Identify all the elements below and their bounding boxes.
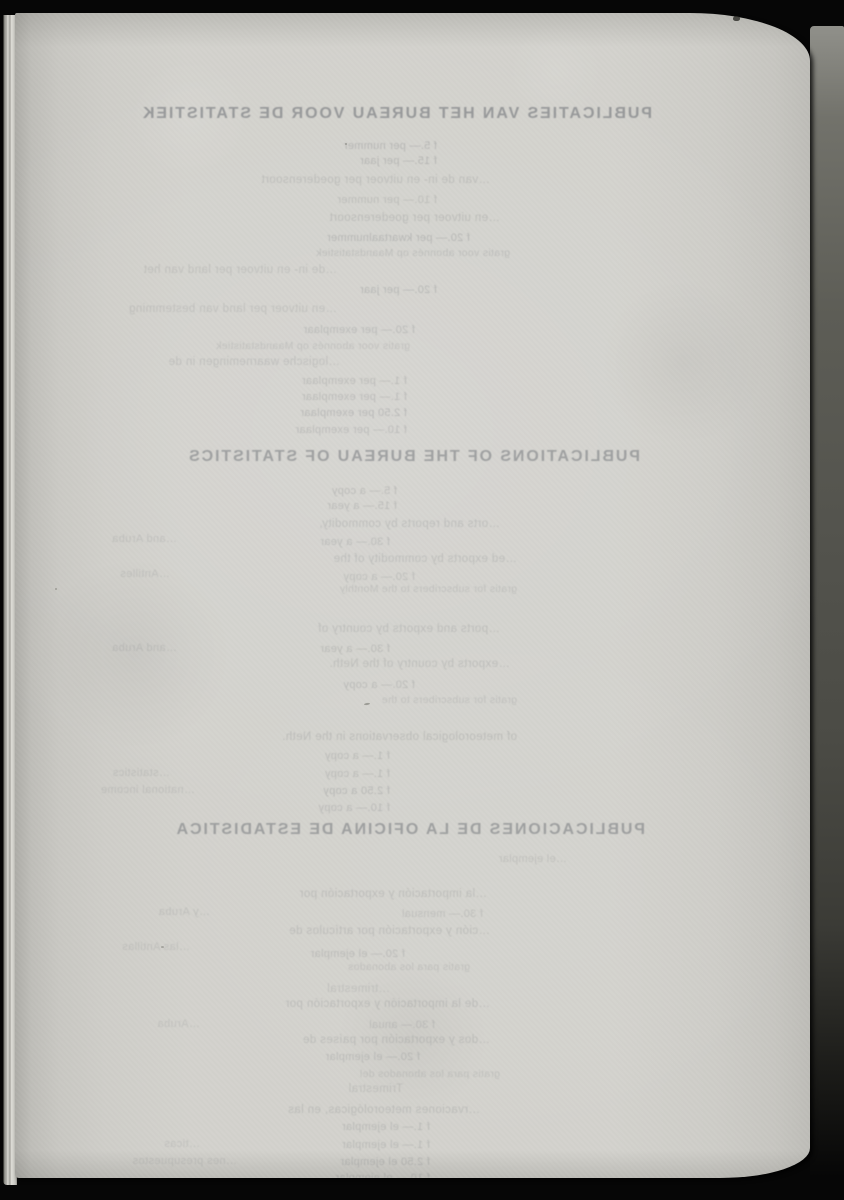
ghost-text-line: f 5.— a copy bbox=[332, 485, 397, 497]
ghost-text-line: gratis voor abonnés op Maandstatistiek bbox=[316, 247, 510, 259]
ghost-text-line: …en uitvoer per goederensoort bbox=[329, 212, 500, 224]
ghost-text-line: f 2.50 per exemplaar bbox=[300, 407, 407, 419]
ghost-text-line: f 20.— a copy bbox=[343, 679, 415, 691]
ghost-text-line: of meteorological observations in the Ne… bbox=[282, 731, 517, 743]
ghost-text-line: …nes presupuestos bbox=[132, 1155, 237, 1167]
ghost-text-line: f 20.— per kwartaalnummer bbox=[327, 232, 470, 244]
ghost-text-line: …el ejemplar bbox=[499, 853, 567, 865]
ghost-text-line: f 10.— a copy bbox=[318, 802, 390, 814]
ghost-text-line: f 1.— el ejemplar bbox=[342, 1139, 430, 1151]
ghost-text-line: …logische waarnemingen in de bbox=[168, 356, 340, 368]
ghost-text-line: f 30.— mensual bbox=[402, 908, 483, 920]
scanned-book-photo: PUBLICATIES VAN HET BUREAU VOOR DE STATI… bbox=[0, 0, 844, 1200]
book-page: PUBLICATIES VAN HET BUREAU VOOR DE STATI… bbox=[15, 13, 810, 1178]
ghost-text-line: …orts and reports by commodity, bbox=[319, 518, 500, 530]
ghost-text-line: f 30.— a year bbox=[320, 536, 390, 548]
ghost-text-line: gratis for subscribers to the Monthly bbox=[340, 583, 517, 595]
ghost-text-line: …national income bbox=[101, 784, 195, 796]
ghost-text-line: …rvaciones meteorológicas, en las bbox=[288, 1104, 480, 1116]
ghost-text-line: f 30.— a year bbox=[320, 643, 390, 655]
page-block-fore-edge bbox=[810, 26, 844, 1178]
ghost-text-line: …de la importación y exportación por bbox=[285, 998, 490, 1010]
ghost-text-line: gratis para los abonados bbox=[348, 961, 470, 973]
ghost-heading: PUBLICACIONES DE LA OFICINA DE ESTADISTI… bbox=[175, 821, 645, 839]
ghost-text-line: gratis para los abonados del bbox=[360, 1068, 500, 1080]
ghost-text-line: …ción y exportación por artículos de bbox=[289, 925, 490, 937]
ghost-text-line: …and Aruba bbox=[112, 642, 177, 654]
ghost-text-line: f 20.— el ejemplar bbox=[325, 1051, 420, 1063]
ghost-text-layer: PUBLICATIES VAN HET BUREAU VOOR DE STATI… bbox=[15, 13, 810, 1178]
ghost-text-line: …exports by country of the Neth. bbox=[329, 658, 510, 670]
ghost-text-line: f 20.— a copy bbox=[343, 571, 415, 583]
ghost-text-line: f 1.— per exemplaar bbox=[302, 375, 407, 387]
ghost-text-line: …dos y exportación por países de bbox=[303, 1034, 490, 1046]
ghost-text-line: …de in- en uitvoer per land van het bbox=[143, 264, 337, 276]
ghost-text-line: …la importación y exportación por bbox=[299, 888, 487, 900]
ghost-text-line: …Aruba bbox=[157, 1018, 200, 1030]
ghost-text-line: f 1.— el ejemplar bbox=[342, 1121, 430, 1133]
dust-speck bbox=[733, 16, 740, 21]
ghost-text-line: …ticas bbox=[164, 1138, 200, 1150]
ghost-text-line: …ed exports by commodity of the bbox=[333, 553, 517, 565]
ghost-text-line: f 15.— a year bbox=[327, 500, 397, 512]
ghost-text-line: …en uitvoer per land van bestemming bbox=[129, 303, 337, 315]
dust-speck bbox=[345, 143, 347, 145]
ghost-text-line: …trimestral bbox=[327, 983, 390, 995]
ghost-text-line: f 10.— per nummer bbox=[337, 194, 437, 206]
ghost-text-line: f 20.— el ejemplar bbox=[310, 948, 405, 960]
ghost-text-line: f 2.50 a copy bbox=[323, 785, 390, 797]
ghost-text-line: f 5.— per nummer bbox=[344, 140, 437, 152]
ghost-text-line: …y Aruba bbox=[158, 906, 210, 918]
ghost-text-line: f 10.— el ejemplar bbox=[335, 1172, 430, 1178]
ghost-text-line: …Antilles bbox=[120, 568, 170, 580]
ghost-text-line: Trimestral bbox=[348, 1083, 403, 1095]
ghost-text-line: f 10.— per exemplaar bbox=[295, 424, 407, 436]
ghost-text-line: gratis voor abonnés op Maandstatistiek bbox=[216, 340, 410, 352]
ghost-text-line: …las Antillas bbox=[122, 941, 190, 953]
ghost-text-line: gratis for subscribers to the bbox=[382, 694, 517, 706]
ghost-text-line: f 1.— per exemplaar bbox=[302, 391, 407, 403]
ghost-text-line: …van de in- en uitvoer per goederensoort bbox=[261, 174, 490, 186]
ghost-text-line: f 15.— per jaar bbox=[360, 155, 437, 167]
dust-speck bbox=[55, 588, 57, 590]
dust-speck bbox=[161, 946, 164, 948]
ghost-heading: PUBLICATIONS OF THE BUREAU OF STATISTICS bbox=[187, 448, 640, 466]
ghost-text-line: f 2.50 el ejemplar bbox=[340, 1156, 430, 1168]
ghost-text-line: f 1.— a copy bbox=[325, 750, 390, 762]
ghost-text-line: …statistics bbox=[112, 767, 170, 779]
ghost-text-line: f 1.— a copy bbox=[325, 768, 390, 780]
ghost-text-line: f 30.— anual bbox=[369, 1019, 435, 1031]
ghost-text-line: f 20.— per jaar bbox=[360, 284, 437, 296]
ghost-text-line: …ports and exports by country of bbox=[318, 623, 500, 635]
ghost-text-line: …and Aruba bbox=[112, 533, 177, 545]
ghost-text-line: f 20.— per exemplaar bbox=[303, 324, 415, 336]
ghost-heading: PUBLICATIES VAN HET BUREAU VOOR DE STATI… bbox=[141, 105, 652, 123]
